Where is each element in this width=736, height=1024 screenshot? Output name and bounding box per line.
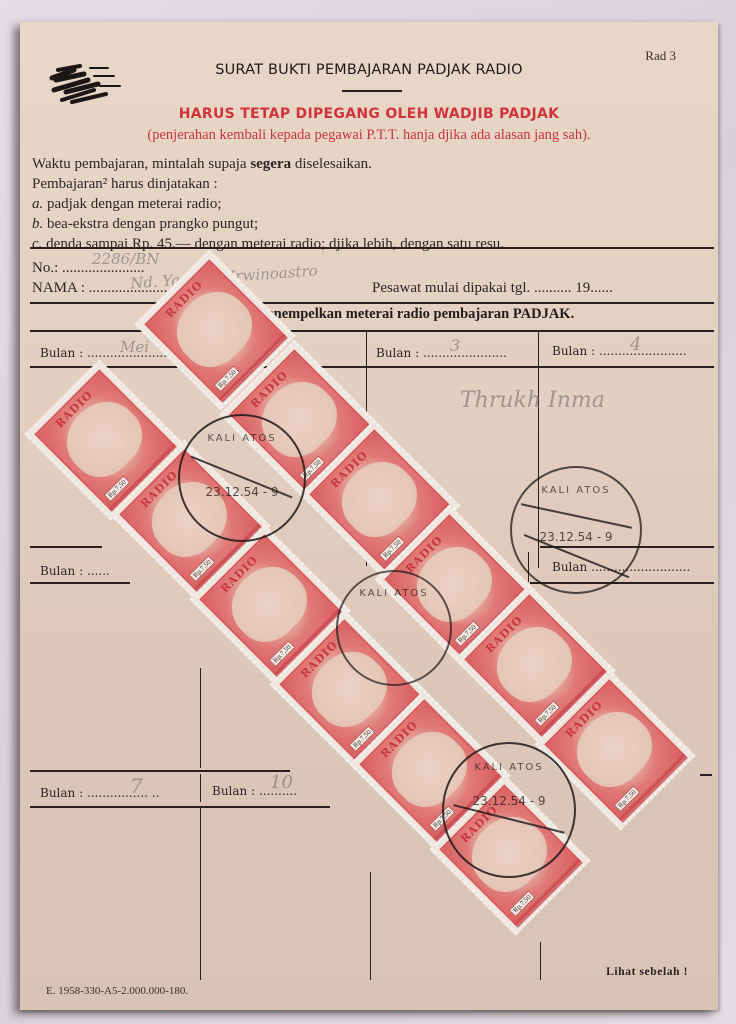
postmark-3: KALI ATOS — [336, 570, 452, 686]
postmark-2: KALI ATOS 23.12.54 - 9 — [510, 466, 642, 594]
postmark-1: KALI ATOS 23.12.54 - 9 — [178, 414, 306, 542]
postmark-4: KALI ATOS 23.12.54 - 9 — [442, 742, 576, 878]
radio-tax-receipt-card: Rad 3 SURAT BUKTI PEMBAJARAN PADJAK RADI… — [20, 22, 718, 1010]
